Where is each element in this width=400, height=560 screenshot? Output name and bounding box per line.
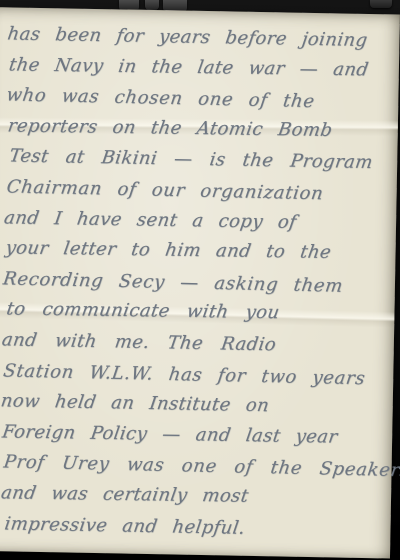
binder-clip-icon (145, 0, 159, 10)
handwritten-line: to communicate with you (4, 295, 385, 331)
handwritten-line: and was certainly most (0, 478, 382, 514)
handwritten-line: impressive and helpful. (2, 509, 380, 546)
letter-page: has been for years before joiningthe Nav… (0, 7, 400, 558)
scan-background: has been for years before joiningthe Nav… (0, 0, 400, 560)
letter-lines: has been for years before joiningthe Nav… (0, 19, 388, 550)
handwritten-line: the Navy in the late war — and (7, 50, 390, 86)
handwritten-line: your letter to him and to the (3, 234, 386, 270)
binder-clip-icon (370, 0, 392, 8)
